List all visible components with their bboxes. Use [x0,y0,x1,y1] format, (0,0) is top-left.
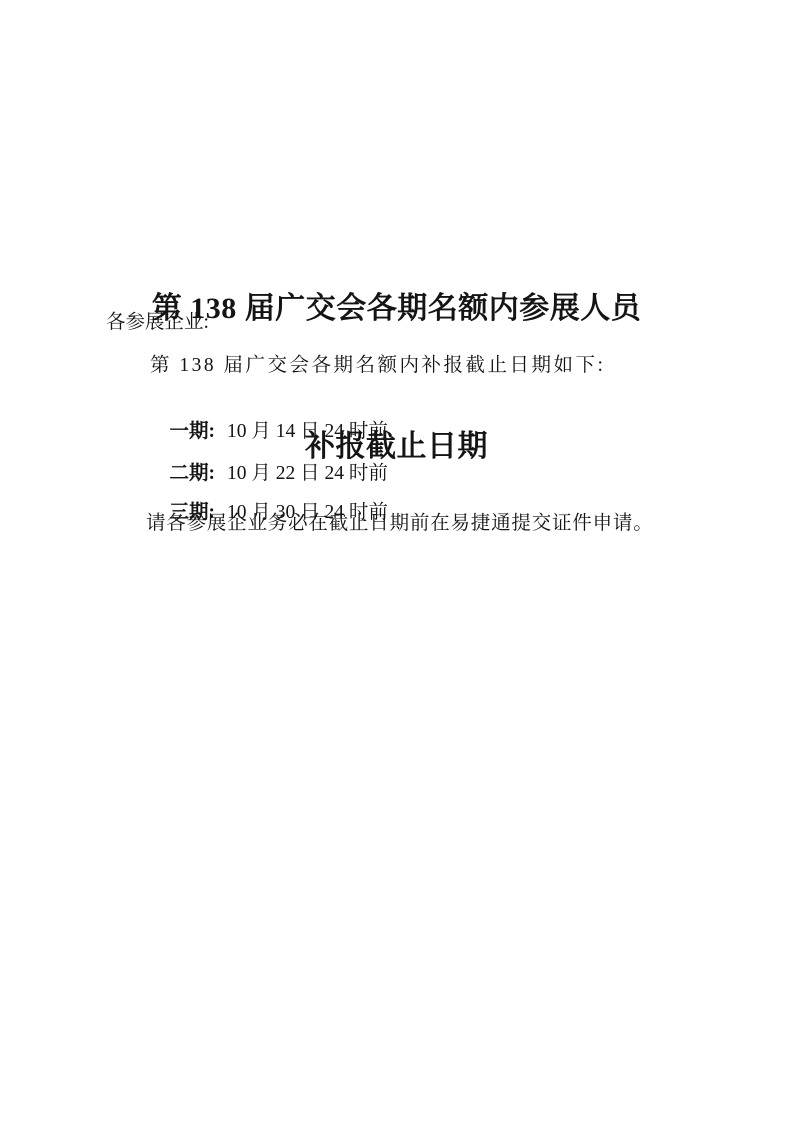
intro-line: 第 138 届广交会各期名额内补报截止日期如下: [150,354,605,378]
salutation: 各参展企业: [106,311,209,335]
document-title: 第 138 届广交会各期名额内参展人员 补报截止日期 [0,194,793,562]
document-page: 第 138 届广交会各期名额内参展人员 补报截止日期 各参展企业: 第 138 … [0,0,793,1122]
closing-line: 请各参展企业务必在截止日期前在易捷通提交证件申请。 [146,512,654,536]
title-line-2: 补报截止日期 [0,424,793,470]
